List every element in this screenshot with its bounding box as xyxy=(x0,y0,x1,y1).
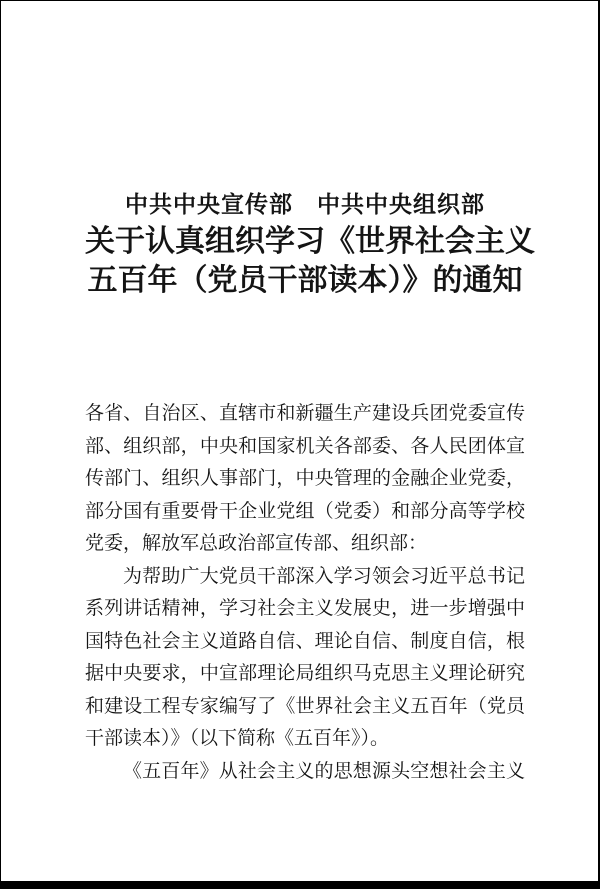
issuing-authorities-line: 中共中央宣传部 中共中央组织部 xyxy=(85,192,525,218)
body-line: 干部读本）》（以下简称《五百年》）。 xyxy=(85,723,525,756)
paragraph-book-description: 《五百年》从社会主义的思想源头空想社会主义 xyxy=(85,756,525,789)
document-title-line-1: 关于认真组织学习《世界社会主义 xyxy=(85,222,525,261)
body-line: 党委，解放军总政治部宣传部、组织部： xyxy=(85,528,525,561)
body-line: 《五百年》从社会主义的思想源头空想社会主义 xyxy=(85,756,525,789)
body-line: 部分国有重要骨干企业党组（党委）和部分高等学校 xyxy=(85,496,525,529)
body-line: 据中央要求，中宣部理论局组织马克思主义理论研究 xyxy=(85,658,525,691)
body-line: 国特色社会主义道路自信、理论自信、制度自信，根 xyxy=(85,626,525,659)
document-title: 关于认真组织学习《世界社会主义 五百年（党员干部读本）》的通知 xyxy=(85,222,525,300)
document-title-line-2: 五百年（党员干部读本）》的通知 xyxy=(85,261,525,300)
document-body: 各省、自治区、直辖市和新疆生产建设兵团党委宣传 部、组织部，中央和国家机关各部委… xyxy=(85,398,525,788)
body-line: 为帮助广大党员干部深入学习领会习近平总书记 xyxy=(85,561,525,594)
scan-border-bottom xyxy=(0,881,600,889)
scanned-document-page: 中共中央宣传部 中共中央组织部 关于认真组织学习《世界社会主义 五百年（党员干部… xyxy=(0,0,600,889)
body-line: 传部门、组织人事部门，中央管理的金融企业党委， xyxy=(85,463,525,496)
body-line: 和建设工程专家编写了《世界社会主义五百年（党员 xyxy=(85,691,525,724)
body-line: 部、组织部，中央和国家机关各部委、各人民团体宣 xyxy=(85,431,525,464)
paragraph-purpose: 为帮助广大党员干部深入学习领会习近平总书记 系列讲话精神，学习社会主义发展史，进… xyxy=(85,561,525,756)
body-line: 系列讲话精神，学习社会主义发展史，进一步增强中 xyxy=(85,593,525,626)
scan-border-left xyxy=(0,0,1,889)
paragraph-addressees: 各省、自治区、直辖市和新疆生产建设兵团党委宣传 部、组织部，中央和国家机关各部委… xyxy=(85,398,525,561)
scan-border-top xyxy=(0,0,600,1)
body-line: 各省、自治区、直辖市和新疆生产建设兵团党委宣传 xyxy=(85,398,525,431)
